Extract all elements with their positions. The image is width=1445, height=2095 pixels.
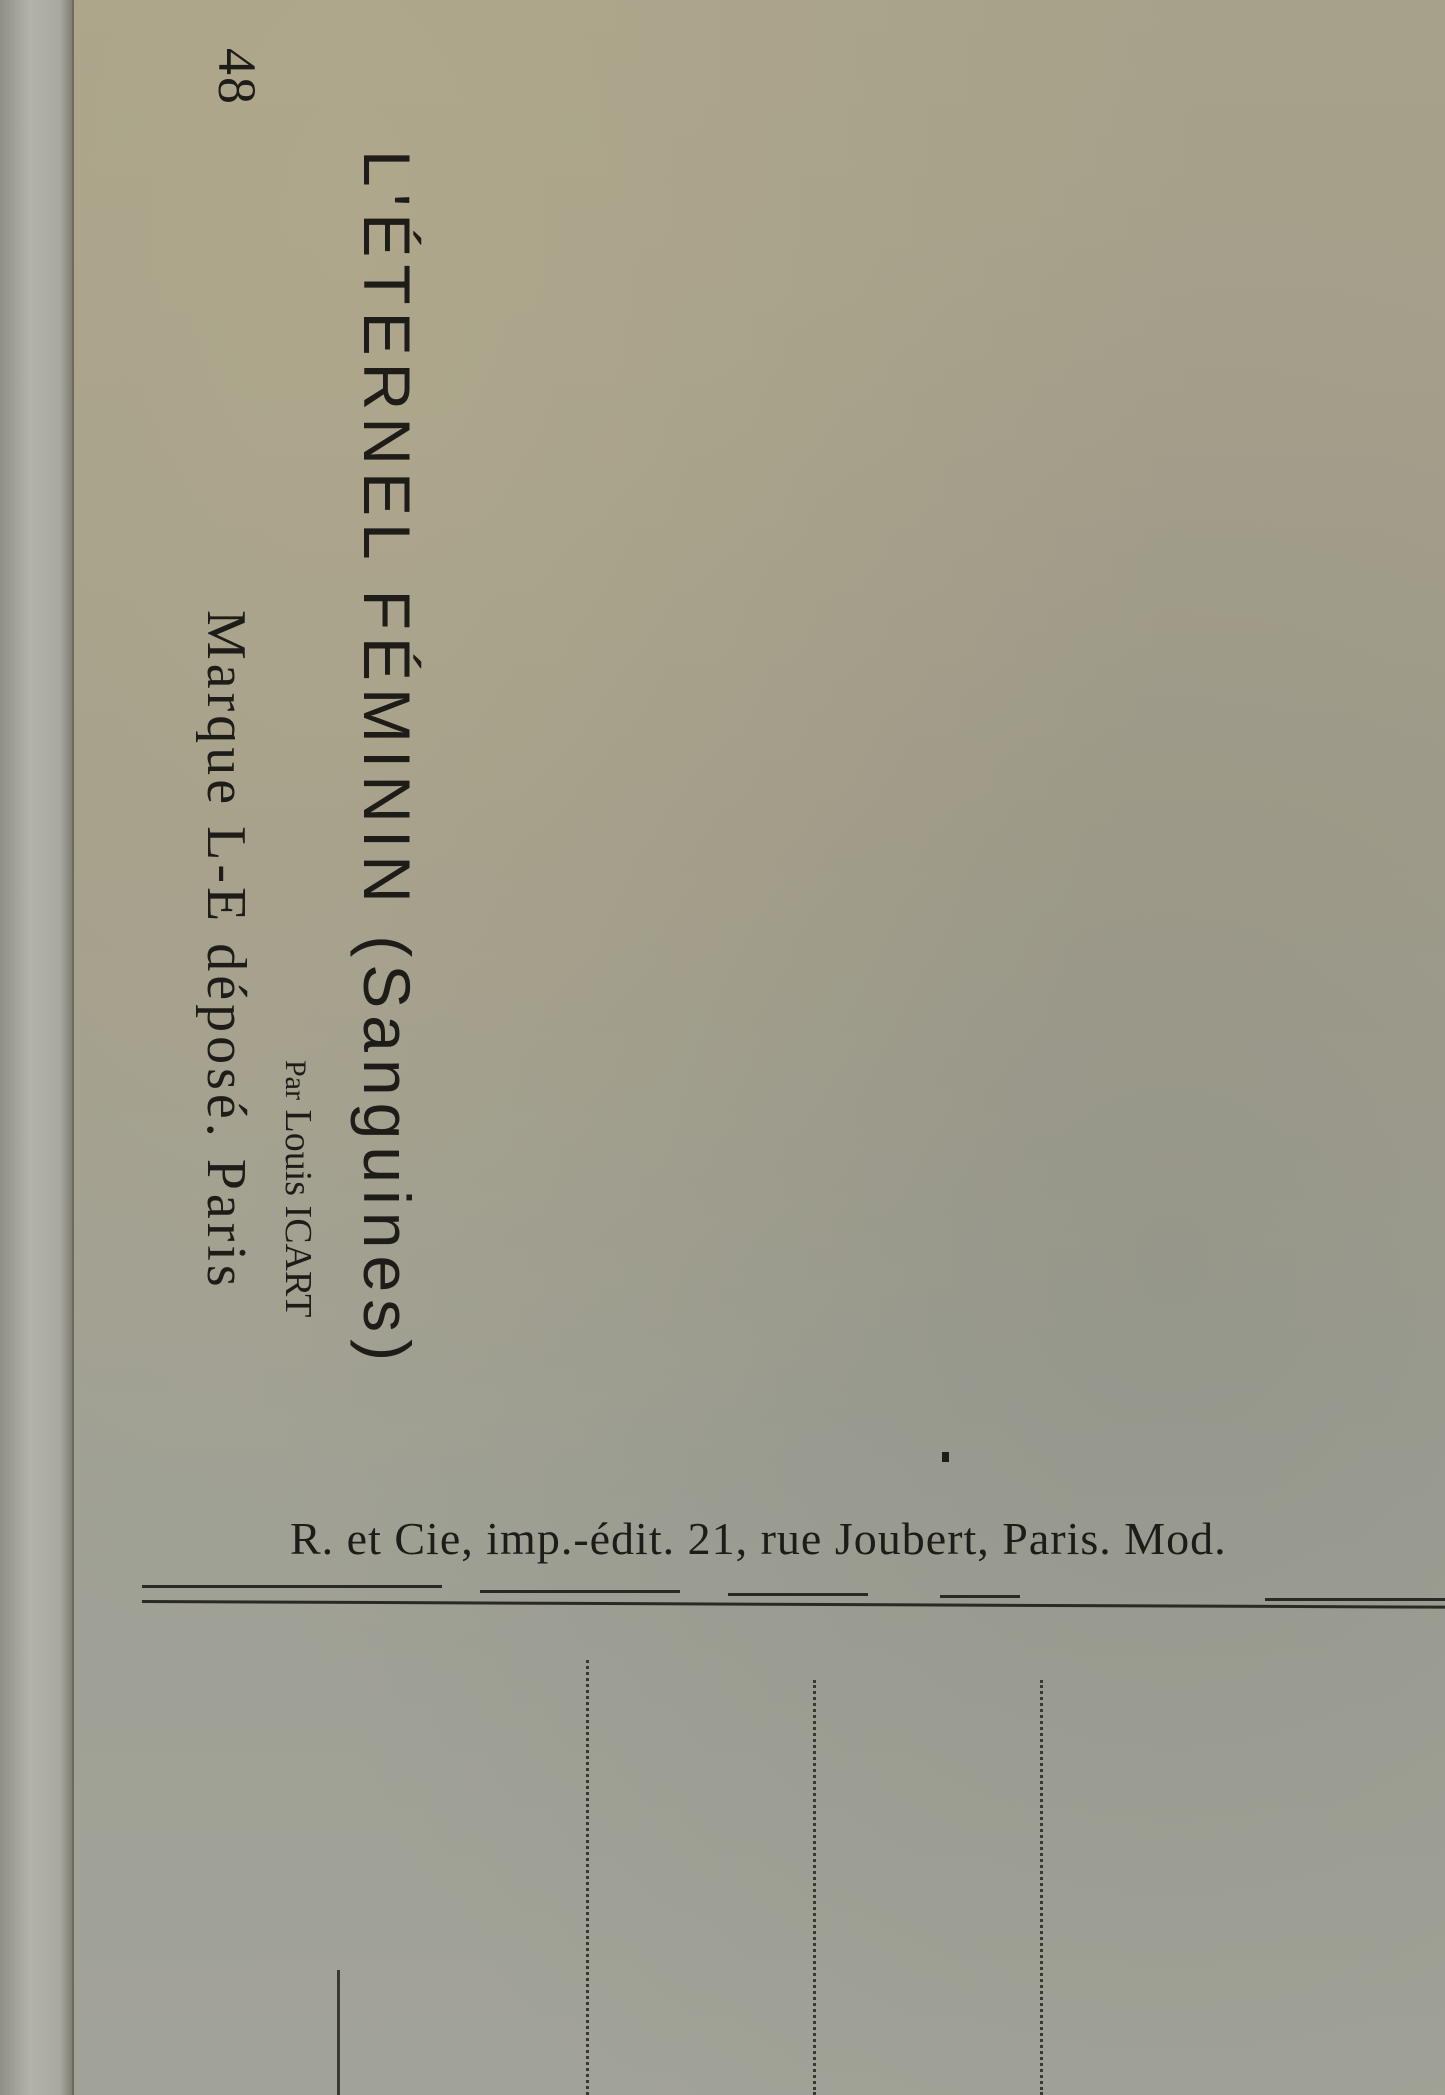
stamp-box-edge xyxy=(337,1970,340,2095)
artist-name: Louis ICART xyxy=(277,1110,319,1318)
address-line-1 xyxy=(586,1660,589,2095)
divider-rule-top xyxy=(480,1590,680,1593)
divider-rule-top xyxy=(728,1593,868,1596)
address-line-3 xyxy=(1040,1680,1043,2095)
trademark-line: Marque L-E déposé. Paris xyxy=(194,610,258,1291)
background-surface xyxy=(0,0,75,2095)
byline-prefix: Par xyxy=(279,1060,312,1100)
card-title: L'ÉTERNEL FÉMININ (Sanguines) xyxy=(349,150,425,1368)
card-number: 48 xyxy=(206,48,268,106)
divider-rule-top xyxy=(142,1585,442,1588)
divider-rule-top xyxy=(940,1595,1020,1598)
ink-speck xyxy=(942,1452,949,1462)
divider-rule-top xyxy=(1265,1598,1445,1601)
postcard-back xyxy=(72,0,1445,2095)
artist-byline: Par Louis ICART xyxy=(276,1060,320,1317)
address-line-2 xyxy=(813,1680,816,2095)
publisher-imprint: R. et Cie, imp.-édit. 21, rue Joubert, P… xyxy=(290,1512,1227,1565)
